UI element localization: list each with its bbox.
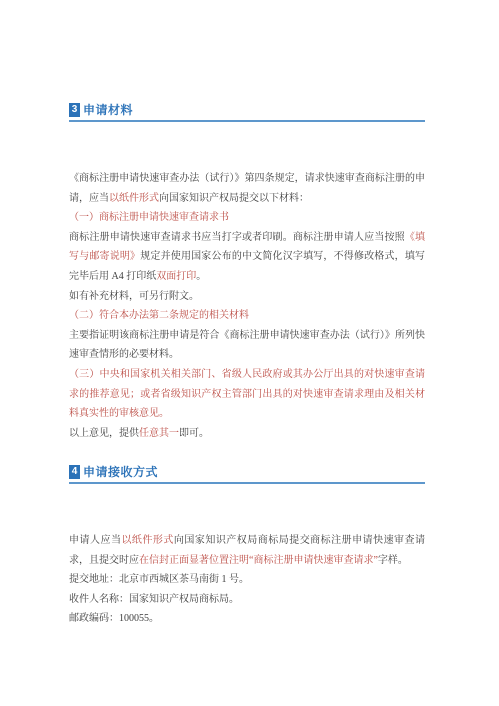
text-run: （二）符合本办法第二条规定的相关材料 [69, 310, 249, 321]
document-page: 3 申请材料 《商标注册申请快速审查办法（试行）》第四条规定，请求快速审查商标注… [0, 0, 499, 706]
text-run: 双面打印 [156, 271, 196, 282]
section-title: 申请接收方式 [83, 463, 158, 480]
text-run: （三）中央和国家机关相关部门、省级人民政府或其办公厅出具的对快速审查请求的推荐意… [69, 369, 425, 419]
text-run: 提交地址：北京市西城区茶马南街 1 号。 [69, 574, 249, 585]
text-run: 即可。 [179, 428, 209, 439]
paragraph: 申请人应当以纸件形式向国家知识产权局商标局提交商标注册申请快速审查请求，且提交时… [69, 531, 425, 570]
text-run: 。 [196, 271, 206, 282]
section-body: 《商标注册申请快速审查办法（试行）》第四条规定，请求快速审查商标注册的申请，应当… [69, 169, 425, 443]
section-application-materials: 3 申请材料 《商标注册申请快速审查办法（试行）》第四条规定，请求快速审查商标注… [69, 101, 425, 443]
text-run: 以纸件形式 [121, 535, 173, 546]
paragraph: 《商标注册申请快速审查办法（试行）》第四条规定，请求快速审查商标注册的申请，应当… [69, 169, 425, 208]
paragraph: （三）中央和国家机关相关部门、省级人民政府或其办公厅出具的对快速审查请求的推荐意… [69, 365, 425, 424]
text-run: 任意其一 [139, 428, 179, 439]
text-run: 如有补充材料，可另行附文。 [69, 291, 199, 302]
paragraph: 以上意见，提供任意其一即可。 [69, 424, 425, 444]
paragraph: 主要指证明该商标注册申请是符合《商标注册申请快速审查办法（试行）》所列快速审查情… [69, 326, 425, 365]
section-number-badge: 4 [69, 465, 80, 479]
text-run: 申请人应当 [69, 535, 121, 546]
section-header: 4 申请接收方式 [69, 463, 425, 484]
paragraph: （一）商标注册申请快速审查请求书 [69, 208, 425, 228]
text-run: 字样。 [378, 555, 408, 566]
text-run: 以纸件形式 [109, 193, 159, 204]
text-run: 邮政编码：100055。 [69, 613, 159, 624]
section-number-badge: 3 [69, 103, 80, 117]
paragraph: 提交地址：北京市西城区茶马南街 1 号。 [69, 570, 425, 590]
paragraph: 如有补充材料，可另行附文。 [69, 287, 425, 307]
section-body: 申请人应当以纸件形式向国家知识产权局商标局提交商标注册申请快速审查请求，且提交时… [69, 531, 425, 629]
paragraph: 商标注册申请快速审查请求书应当打字或者印刷。商标注册申请人应当按照《填写与邮寄说… [69, 228, 425, 287]
paragraph: （二）符合本办法第二条规定的相关材料 [69, 306, 425, 326]
text-run: 在信封正面显著位置注明“商标注册申请快速审查请求” [139, 555, 378, 566]
text-run: （一）商标注册申请快速审查请求书 [69, 212, 229, 223]
text-run: 向国家知识产权局提交以下材料： [159, 193, 309, 204]
section-application-receiving-method: 4 申请接收方式 申请人应当以纸件形式向国家知识产权局商标局提交商标注册申请快速… [69, 463, 425, 629]
text-run: 商标注册申请快速审查请求书应当打字或者印刷。商标注册申请人应当按照 [69, 232, 405, 243]
section-title: 申请材料 [83, 101, 133, 118]
text-run: 以上意见，提供 [69, 428, 139, 439]
section-header: 3 申请材料 [69, 101, 425, 122]
text-run: 收件人名称：国家知识产权局商标局。 [69, 594, 239, 605]
text-run: 主要指证明该商标注册申请是符合《商标注册申请快速审查办法（试行）》所列快速审查情… [69, 330, 425, 361]
paragraph: 收件人名称：国家知识产权局商标局。 [69, 590, 425, 610]
paragraph: 邮政编码：100055。 [69, 609, 425, 629]
